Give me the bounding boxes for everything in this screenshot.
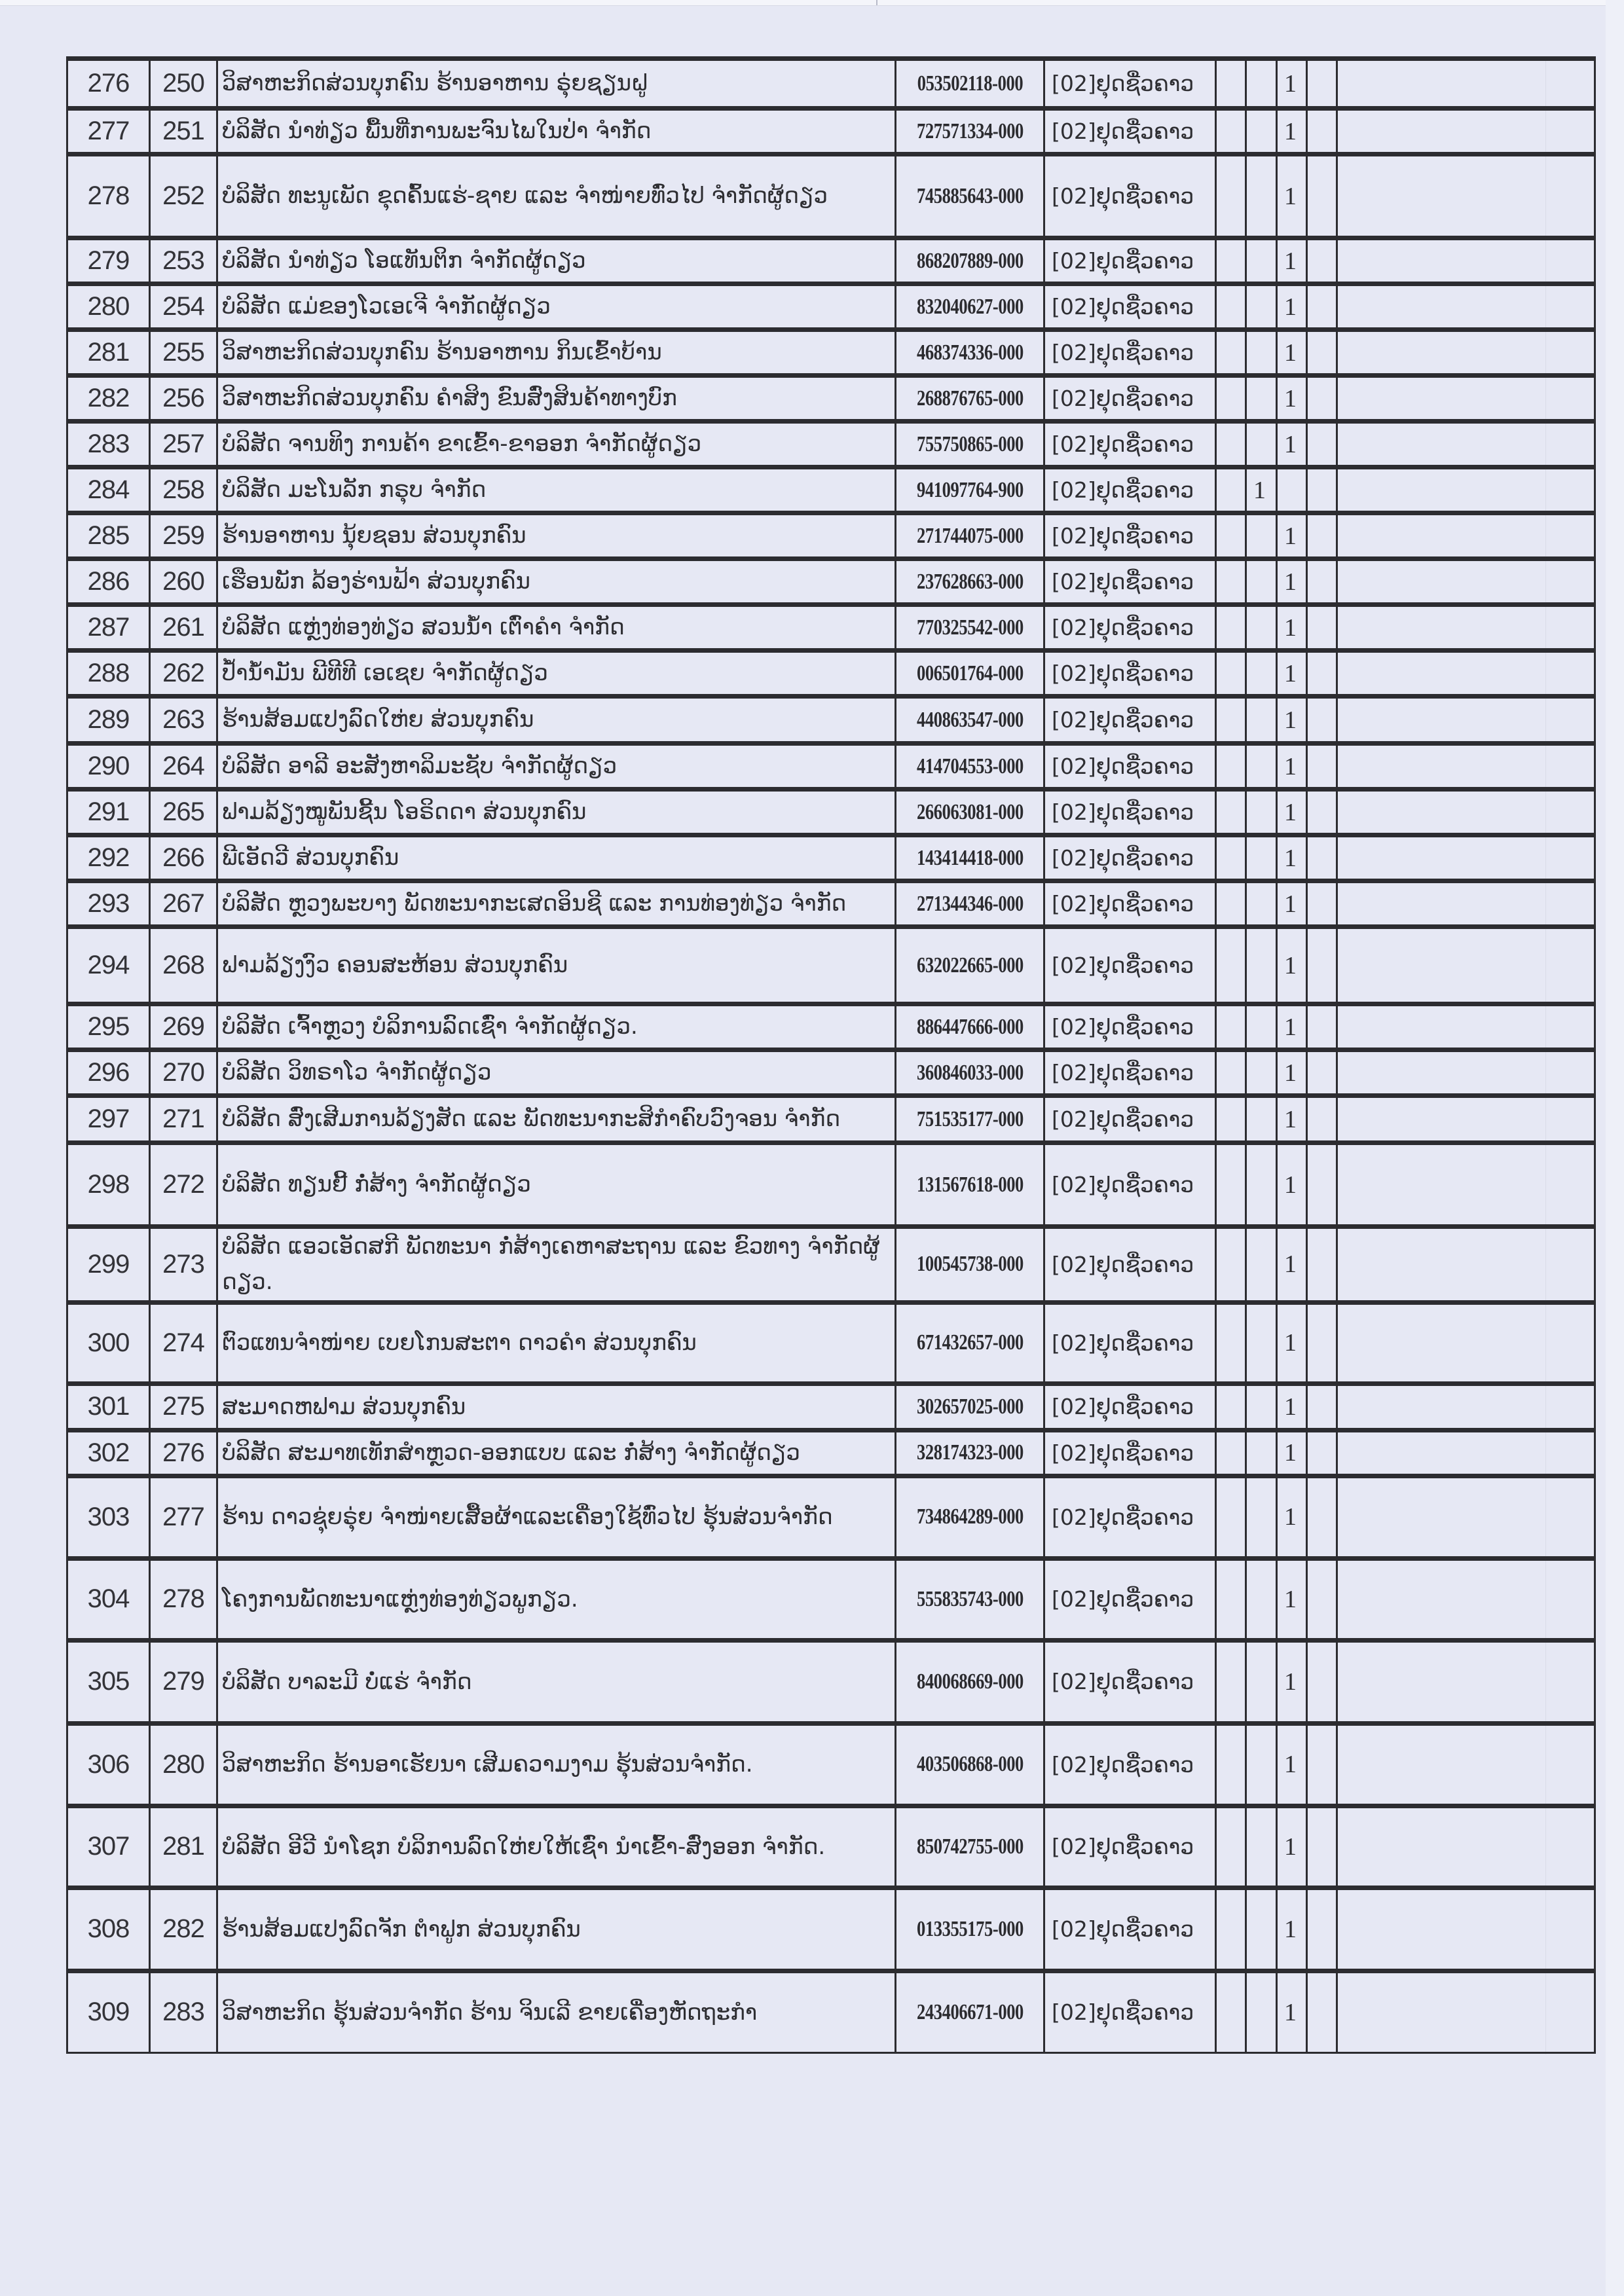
tax-id-text: 243406671-000 <box>917 2000 1024 2025</box>
tax-id-text: 727571334-000 <box>917 119 1024 144</box>
flag-column-1 <box>1216 284 1246 330</box>
tax-id: 751535177-000 <box>912 1096 1027 1143</box>
flag-column-3: 1 <box>1277 605 1307 651</box>
flag-column-1 <box>1216 109 1246 155</box>
remark-cell <box>1337 697 1595 744</box>
status-type: [02]ຢຸດຊື່ວຄາວ <box>1044 1806 1216 1887</box>
flag-column-4 <box>1307 1723 1337 1806</box>
tax-id: 632022665-000 <box>912 927 1027 1004</box>
tax-id: 271344346-000 <box>912 881 1027 927</box>
flag-column-2: 1 <box>1246 467 1277 513</box>
flag-column-3: 1 <box>1277 1143 1307 1227</box>
flag-column-4 <box>1307 790 1337 835</box>
flag-column-2 <box>1246 422 1277 467</box>
tax-id: 941097764-900 <box>912 467 1027 513</box>
business-name: ບໍລິສັດ ນຳທ່ຽວ ໂອແທັນຕິກ ຈຳກັດຜູ້ດຽວ <box>217 238 896 284</box>
status-type: [02]ຢຸດຊື່ວຄາວ <box>1044 59 1216 109</box>
flag-column-3: 1 <box>1277 1430 1307 1476</box>
remark-cell <box>1337 1096 1595 1143</box>
flag-column-4 <box>1307 1096 1337 1143</box>
row-number: 291 <box>67 790 150 835</box>
flag-column-4 <box>1307 59 1337 109</box>
remark-cell <box>1337 238 1595 284</box>
flag-column-2 <box>1246 59 1277 109</box>
flag-column-2 <box>1246 1723 1277 1806</box>
table-row: 289263ຮ້ານສ້ອມແປງລົດໃຫ່ຍ ສ່ວນບຸກຄົນ44086… <box>67 697 1595 744</box>
tax-id: 832040627-000 <box>912 284 1027 330</box>
status-type: [02]ຢຸດຊື່ວຄາວ <box>1044 1476 1216 1558</box>
flag-column-4 <box>1307 1806 1337 1887</box>
sequence-number: 262 <box>150 651 217 697</box>
remark-cell <box>1337 559 1595 605</box>
flag-column-2 <box>1246 927 1277 1004</box>
status-type: [02]ຢຸດຊື່ວຄາວ <box>1044 1143 1216 1227</box>
status-type: [02]ຢຸດຊື່ວຄາວ <box>1044 330 1216 376</box>
sequence-number: 263 <box>150 697 217 744</box>
status-type: [02]ຢຸດຊື່ວຄາວ <box>1044 835 1216 881</box>
flag-column-4 <box>1307 1476 1337 1558</box>
remark-cell <box>1337 1227 1595 1303</box>
tax-id-text: 751535177-000 <box>917 1107 1024 1132</box>
tax-id-text: 414704553-000 <box>917 754 1024 779</box>
business-name: ບໍລິສັດ ແມ່ຂອງໂວເອເຈີ ຈຳກັດຜູ້ດຽວ <box>217 284 896 330</box>
table-row: 302276ບໍລິສັດ ສະມາທເທັກສຳຫຼວດ-ອອກແບບ ແລະ… <box>67 1430 1595 1476</box>
table-row: 296270ບໍລິສັດ ວິທຣາໂວ ຈຳກັດຜູ້ດຽວ3608460… <box>67 1050 1595 1096</box>
flag-column-3: 1 <box>1277 422 1307 467</box>
tax-id-text: 268876765-000 <box>917 386 1024 411</box>
status-type: [02]ຢຸດຊື່ວຄາວ <box>1044 467 1216 513</box>
table-row: 276250ວິສາຫະກິດສ່ວນບຸກຄົນ ຮ້ານອາຫານ ຣຸ່ຍ… <box>67 59 1595 109</box>
table-row: 295269ບໍລິສັດ ເຈົ້າຫຼວງ ບໍລິການລົດເຊົ່າ … <box>67 1004 1595 1050</box>
flag-column-3: 1 <box>1277 559 1307 605</box>
flag-column-1 <box>1216 1383 1246 1430</box>
flag-column-4 <box>1307 651 1337 697</box>
flag-column-2 <box>1246 238 1277 284</box>
status-type: [02]ຢຸດຊື່ວຄາວ <box>1044 1383 1216 1430</box>
table-row: 305279ບໍລິສັດ ບາລະມີ ບໍ່ແຮ່ ຈຳກັດ8400686… <box>67 1640 1595 1723</box>
flag-column-4 <box>1307 467 1337 513</box>
row-number: 289 <box>67 697 150 744</box>
tax-id-text: 143414418-000 <box>917 846 1024 871</box>
sequence-number: 283 <box>150 1971 217 2052</box>
sequence-number: 252 <box>150 155 217 238</box>
flag-column-2 <box>1246 1227 1277 1303</box>
tax-id-text: 468374336-000 <box>917 340 1024 365</box>
flag-column-3: 1 <box>1277 59 1307 109</box>
tax-id: 100545738-000 <box>912 1227 1027 1303</box>
table-row: 284258ບໍລິສັດ ມະໂນລັກ ກຣຸບ ຈຳກັດ94109776… <box>67 467 1595 513</box>
flag-column-1 <box>1216 1227 1246 1303</box>
scan-edge-top <box>0 0 1624 6</box>
tax-id: 868207889-000 <box>912 238 1027 284</box>
business-name: ພີເອັດວີ ສ່ວນບຸກຄົນ <box>217 835 896 881</box>
table-row: 279253ບໍລິສັດ ນຳທ່ຽວ ໂອແທັນຕິກ ຈຳກັດຜູ້ດ… <box>67 238 1595 284</box>
business-name: ຟາມລ້ຽງງົວ ຄອນສະຫ້ອນ ສ່ວນບຸກຄົນ <box>217 927 896 1004</box>
sequence-number: 280 <box>150 1723 217 1806</box>
remark-cell <box>1337 1558 1595 1640</box>
status-type: [02]ຢຸດຊື່ວຄາວ <box>1044 927 1216 1004</box>
tax-id-text: 555835743-000 <box>917 1587 1024 1612</box>
business-name: ຮ້ານ ດາວຊຸ່ຍຣຸ່ຍ ຈຳໜ່າຍເສື້ອຜ້າແລະເຄື່ອງ… <box>217 1476 896 1558</box>
flag-column-2 <box>1246 1383 1277 1430</box>
flag-column-4 <box>1307 1227 1337 1303</box>
business-name: ບໍລິສັດ ທະນູເພັດ ຂຸດຄົ້ນແຮ່-ຊາຍ ແລະ ຈຳໜ່… <box>217 155 896 238</box>
remark-cell <box>1337 1887 1595 1971</box>
flag-column-2 <box>1246 284 1277 330</box>
business-name: ບໍລິສັດ ອີວີ ນຳໂຊກ ບໍລິການລົດໃຫ່ຍໃຫ້ເຊົ່… <box>217 1806 896 1887</box>
row-number: 308 <box>67 1887 150 1971</box>
flag-column-1 <box>1216 605 1246 651</box>
tax-id-text: 755750865-000 <box>917 432 1024 457</box>
sequence-number: 274 <box>150 1302 217 1383</box>
sequence-number: 270 <box>150 1050 217 1096</box>
flag-column-1 <box>1216 1887 1246 1971</box>
flag-column-4 <box>1307 835 1337 881</box>
sequence-number: 281 <box>150 1806 217 1887</box>
row-number: 303 <box>67 1476 150 1558</box>
scan-mark <box>876 0 877 5</box>
flag-column-1 <box>1216 744 1246 790</box>
table-row: 278252ບໍລິສັດ ທະນູເພັດ ຂຸດຄົ້ນແຮ່-ຊາຍ ແລ… <box>67 155 1595 238</box>
remark-cell <box>1337 1723 1595 1806</box>
flag-column-3: 1 <box>1277 513 1307 559</box>
flag-column-1 <box>1216 330 1246 376</box>
flag-column-4 <box>1307 513 1337 559</box>
table-row: 299273ບໍລິສັດ ແອວເອັດສກີ ພັດທະນາ ກໍ່ສ້າງ… <box>67 1227 1595 1303</box>
row-number: 295 <box>67 1004 150 1050</box>
table-row: 283257ບໍລິສັດ ຈານທິງ ການຄ້າ ຂາເຂົ້າ-ຂາອອ… <box>67 422 1595 467</box>
row-number: 298 <box>67 1143 150 1227</box>
remark-cell <box>1337 744 1595 790</box>
sequence-number: 267 <box>150 881 217 927</box>
flag-column-1 <box>1216 927 1246 1004</box>
table-row: 287261ບໍລິສັດ ແຫຼ່ງທ່ອງທ່ຽວ ສວນນ້ຳ ເຕົ່າ… <box>67 605 1595 651</box>
business-name: ບໍລິສັດ ວິທຣາໂວ ຈຳກັດຜູ້ດຽວ <box>217 1050 896 1096</box>
flag-column-2 <box>1246 1050 1277 1096</box>
flag-column-4 <box>1307 284 1337 330</box>
table-row: 309283ວິສາຫະກິດ ຮຸ້ນສ່ວນຈຳກັດ ຮ້ານ ຈິນເລ… <box>67 1971 1595 2052</box>
flag-column-1 <box>1216 1971 1246 2052</box>
taxpayer-status-table: 276250ວິສາຫະກິດສ່ວນບຸກຄົນ ຮ້ານອາຫານ ຣຸ່ຍ… <box>66 56 1596 2054</box>
row-number: 299 <box>67 1227 150 1303</box>
flag-column-2 <box>1246 1887 1277 1971</box>
remark-cell <box>1337 376 1595 422</box>
business-name: ບໍລິສັດ ເຈົ້າຫຼວງ ບໍລິການລົດເຊົ່າ ຈຳກັດຜ… <box>217 1004 896 1050</box>
row-number: 281 <box>67 330 150 376</box>
tax-id-text: 941097764-900 <box>917 478 1024 503</box>
tax-id-text: 632022665-000 <box>917 953 1024 978</box>
tax-id: 727571334-000 <box>912 109 1027 155</box>
flag-column-3: 1 <box>1277 1096 1307 1143</box>
table-row: 297271ບໍລິສັດ ສົ່ງເສີມການລ້ຽງສັດ ແລະ ພັດ… <box>67 1096 1595 1143</box>
row-number: 296 <box>67 1050 150 1096</box>
flag-column-1 <box>1216 1050 1246 1096</box>
tax-id-text: 237628663-000 <box>917 570 1024 594</box>
flag-column-3: 1 <box>1277 1640 1307 1723</box>
flag-column-1 <box>1216 835 1246 881</box>
flag-column-3: 1 <box>1277 1050 1307 1096</box>
tax-id: 268876765-000 <box>912 376 1027 422</box>
sequence-number: 271 <box>150 1096 217 1143</box>
tax-id: 271744075-000 <box>912 513 1027 559</box>
status-type: [02]ຢຸດຊື່ວຄາວ <box>1044 744 1216 790</box>
sequence-number: 265 <box>150 790 217 835</box>
table-row: 293267ບໍລິສັດ ຫຼວງພະບາງ ພັດທະນາກະເສດອິນຊ… <box>67 881 1595 927</box>
sequence-number: 259 <box>150 513 217 559</box>
flag-column-1 <box>1216 559 1246 605</box>
tax-id-text: 100545738-000 <box>917 1252 1024 1277</box>
flag-column-4 <box>1307 1383 1337 1430</box>
remark-cell <box>1337 155 1595 238</box>
tax-id-text: 850742755-000 <box>917 1834 1024 1859</box>
flag-column-3: 1 <box>1277 155 1307 238</box>
table-row: 307281ບໍລິສັດ ອີວີ ນຳໂຊກ ບໍລິການລົດໃຫ່ຍໃ… <box>67 1806 1595 1887</box>
tax-id: 850742755-000 <box>912 1806 1027 1887</box>
tax-id-text: 053502118-000 <box>917 71 1022 96</box>
tax-id-text: 271744075-000 <box>917 524 1024 549</box>
remark-cell <box>1337 881 1595 927</box>
tax-id: 840068669-000 <box>912 1640 1027 1723</box>
flag-column-1 <box>1216 513 1246 559</box>
flag-column-1 <box>1216 1096 1246 1143</box>
remark-cell <box>1337 59 1595 109</box>
table-row: 292266ພີເອັດວີ ສ່ວນບຸກຄົນ143414418-000[0… <box>67 835 1595 881</box>
flag-column-4 <box>1307 697 1337 744</box>
remark-cell <box>1337 1383 1595 1430</box>
row-number: 278 <box>67 155 150 238</box>
sequence-number: 256 <box>150 376 217 422</box>
tax-id-text: 868207889-000 <box>917 249 1024 274</box>
flag-column-4 <box>1307 330 1337 376</box>
tax-id-text: 770325542-000 <box>917 615 1024 640</box>
tax-id-text: 360846033-000 <box>917 1061 1024 1085</box>
table-row: 286260ເຮືອນພັກ ລ້ອງຮ່ານຟ້າ ສ່ວນບຸກຄົນ237… <box>67 559 1595 605</box>
tax-id-text: 006501764-000 <box>917 661 1024 686</box>
flag-column-4 <box>1307 559 1337 605</box>
status-type: [02]ຢຸດຊື່ວຄາວ <box>1044 1004 1216 1050</box>
status-type: [02]ຢຸດຊື່ວຄາວ <box>1044 1640 1216 1723</box>
sequence-number: 273 <box>150 1227 217 1303</box>
business-name: ວິສາຫະກິດສ່ວນບຸກຄົນ ຄຳສິງ ຂົນສົ່ງສິນຄ້າທ… <box>217 376 896 422</box>
row-number: 293 <box>67 881 150 927</box>
status-type: [02]ຢຸດຊື່ວຄາວ <box>1044 155 1216 238</box>
sequence-number: 275 <box>150 1383 217 1430</box>
status-type: [02]ຢຸດຊື່ວຄາວ <box>1044 513 1216 559</box>
flag-column-3: 1 <box>1277 744 1307 790</box>
business-name: ບໍລິສັດ ແຫຼ່ງທ່ອງທ່ຽວ ສວນນ້ຳ ເຕົ່າຄຳ ຈຳກ… <box>217 605 896 651</box>
row-number: 279 <box>67 238 150 284</box>
tax-id-text: 840068669-000 <box>917 1669 1024 1694</box>
status-type: [02]ຢຸດຊື່ວຄາວ <box>1044 1558 1216 1640</box>
status-type: [02]ຢຸດຊື່ວຄາວ <box>1044 238 1216 284</box>
flag-column-1 <box>1216 1558 1246 1640</box>
remark-cell <box>1337 513 1595 559</box>
business-name: ບໍລິສັດ ແອວເອັດສກີ ພັດທະນາ ກໍ່ສ້າງເຄຫາສະ… <box>217 1227 896 1303</box>
table-row: 288262ປ້ຳນ້ຳມັນ ພີທີທີ ເອເຊຍ ຈຳກັດຜູ້ດຽວ… <box>67 651 1595 697</box>
sequence-number: 251 <box>150 109 217 155</box>
row-number: 287 <box>67 605 150 651</box>
tax-id-text: 302657025-000 <box>917 1394 1024 1419</box>
flag-column-1 <box>1216 790 1246 835</box>
table-row: 291265ຟາມລ້ຽງໝູພັນຊີ້ນ ໂອຣິດດາ ສ່ວນບຸກຄົ… <box>67 790 1595 835</box>
tax-id-text: 131567618-000 <box>917 1173 1024 1197</box>
flag-column-4 <box>1307 1640 1337 1723</box>
row-number: 277 <box>67 109 150 155</box>
business-name: ໂຄງການພັດທະນາແຫຼ່ງທ່ອງທ່ຽວພູກຽວ. <box>217 1558 896 1640</box>
flag-column-3: 1 <box>1277 835 1307 881</box>
business-name: ປ້ຳນ້ຳມັນ ພີທີທີ ເອເຊຍ ຈຳກັດຜູ້ດຽວ <box>217 651 896 697</box>
sequence-number: 257 <box>150 422 217 467</box>
flag-column-2 <box>1246 330 1277 376</box>
tax-id-text: 734864289-000 <box>917 1504 1024 1529</box>
tax-id-text: 328174323-000 <box>917 1440 1024 1465</box>
table-row: 294268ຟາມລ້ຽງງົວ ຄອນສະຫ້ອນ ສ່ວນບຸກຄົນ632… <box>67 927 1595 1004</box>
tax-id: 403506868-000 <box>912 1723 1027 1806</box>
flag-column-4 <box>1307 422 1337 467</box>
business-name: ບໍລິສັດ ອາລີ ອະສັງຫາລິມະຊັບ ຈຳກັດຜູ້ດຽວ <box>217 744 896 790</box>
tax-id-text: 403506868-000 <box>917 1752 1024 1777</box>
row-number: 305 <box>67 1640 150 1723</box>
flag-column-1 <box>1216 881 1246 927</box>
flag-column-2 <box>1246 109 1277 155</box>
tax-id-text: 745885643-000 <box>917 184 1024 209</box>
flag-column-3: 1 <box>1277 1227 1307 1303</box>
row-number: 280 <box>67 284 150 330</box>
flag-column-3: 1 <box>1277 1887 1307 1971</box>
flag-column-4 <box>1307 109 1337 155</box>
tax-id: 013355175-000 <box>912 1887 1027 1971</box>
sequence-number: 282 <box>150 1887 217 1971</box>
business-name: ບໍລິສັດ ບາລະມີ ບໍ່ແຮ່ ຈຳກັດ <box>217 1640 896 1723</box>
flag-column-1 <box>1216 59 1246 109</box>
status-type: [02]ຢຸດຊື່ວຄາວ <box>1044 1887 1216 1971</box>
business-name: ວິສາຫະກິດສ່ວນບຸກຄົນ ຮ້ານອາຫານ ຣຸ່ຍຊຽນຝູ <box>217 59 896 109</box>
tax-id: 237628663-000 <box>912 559 1027 605</box>
sequence-number: 260 <box>150 559 217 605</box>
table-row: 285259ຮ້ານອາຫານ ນຸ້ຍຊອນ ສ່ວນບຸກຄົນ271744… <box>67 513 1595 559</box>
flag-column-4 <box>1307 1971 1337 2052</box>
status-type: [02]ຢຸດຊື່ວຄາວ <box>1044 422 1216 467</box>
row-number: 290 <box>67 744 150 790</box>
tax-id: 770325542-000 <box>912 605 1027 651</box>
table-body: 276250ວິສາຫະກິດສ່ວນບຸກຄົນ ຮ້ານອາຫານ ຣຸ່ຍ… <box>67 59 1595 2053</box>
sequence-number: 254 <box>150 284 217 330</box>
flag-column-2 <box>1246 513 1277 559</box>
business-name: ຕົວແທນຈຳໜ່າຍ ເບຍໂກນສະຕາ ດາວຄຳ ສ່ວນບຸກຄົນ <box>217 1302 896 1383</box>
flag-column-1 <box>1216 1723 1246 1806</box>
business-name: ບໍລິສັດ ນຳທ່ຽວ ພື້ນທີ່ການພະຈົນໄພໃນປ່າ ຈຳ… <box>217 109 896 155</box>
row-number: 294 <box>67 927 150 1004</box>
business-name: ຮ້ານສ້ອມແປງລົດຈັກ ຕຳຟູກ ສ່ວນບຸກຄົນ <box>217 1887 896 1971</box>
tax-id: 243406671-000 <box>912 1971 1027 2052</box>
flag-column-4 <box>1307 238 1337 284</box>
sequence-number: 253 <box>150 238 217 284</box>
table-row: 277251ບໍລິສັດ ນຳທ່ຽວ ພື້ນທີ່ການພະຈົນໄພໃນ… <box>67 109 1595 155</box>
remark-cell <box>1337 330 1595 376</box>
table-row: 281255ວິສາຫະກິດສ່ວນບຸກຄົນ ຮ້ານອາຫານ ກິນເ… <box>67 330 1595 376</box>
status-type: [02]ຢຸດຊື່ວຄາວ <box>1044 1096 1216 1143</box>
flag-column-1 <box>1216 238 1246 284</box>
flag-column-3 <box>1277 467 1307 513</box>
row-number: 302 <box>67 1430 150 1476</box>
row-number: 283 <box>67 422 150 467</box>
flag-column-1 <box>1216 376 1246 422</box>
sequence-number: 258 <box>150 467 217 513</box>
tax-id: 440863547-000 <box>912 697 1027 744</box>
remark-cell <box>1337 1050 1595 1096</box>
row-number: 304 <box>67 1558 150 1640</box>
status-type: [02]ຢຸດຊື່ວຄາວ <box>1044 651 1216 697</box>
row-number: 301 <box>67 1383 150 1430</box>
row-number: 297 <box>67 1096 150 1143</box>
sequence-number: 276 <box>150 1430 217 1476</box>
remark-cell <box>1337 927 1595 1004</box>
flag-column-2 <box>1246 605 1277 651</box>
tax-id: 131567618-000 <box>912 1143 1027 1227</box>
remark-cell <box>1337 1971 1595 2052</box>
flag-column-3: 1 <box>1277 881 1307 927</box>
status-type: [02]ຢຸດຊື່ວຄາວ <box>1044 376 1216 422</box>
flag-column-3: 1 <box>1277 330 1307 376</box>
tax-id-text: 440863547-000 <box>917 708 1024 733</box>
flag-column-2 <box>1246 376 1277 422</box>
flag-column-4 <box>1307 744 1337 790</box>
business-name: ສະມາດຫຟາມ ສ່ວນບຸກຄົນ <box>217 1383 896 1430</box>
remark-cell <box>1337 284 1595 330</box>
flag-column-1 <box>1216 1302 1246 1383</box>
flag-column-3: 1 <box>1277 651 1307 697</box>
status-type: [02]ຢຸດຊື່ວຄາວ <box>1044 109 1216 155</box>
remark-cell <box>1337 1302 1595 1383</box>
flag-column-4 <box>1307 1302 1337 1383</box>
tax-id: 886447666-000 <box>912 1004 1027 1050</box>
flag-column-2 <box>1246 1430 1277 1476</box>
flag-column-3: 1 <box>1277 790 1307 835</box>
flag-column-3: 1 <box>1277 376 1307 422</box>
status-type: [02]ຢຸດຊື່ວຄາວ <box>1044 881 1216 927</box>
status-type: [02]ຢຸດຊື່ວຄາວ <box>1044 559 1216 605</box>
row-number: 292 <box>67 835 150 881</box>
tax-id: 734864289-000 <box>912 1476 1027 1558</box>
table-row: 303277ຮ້ານ ດາວຊຸ່ຍຣຸ່ຍ ຈຳໜ່າຍເສື້ອຜ້າແລະ… <box>67 1476 1595 1558</box>
flag-column-1 <box>1216 1143 1246 1227</box>
flag-column-4 <box>1307 1430 1337 1476</box>
flag-column-4 <box>1307 376 1337 422</box>
tax-id: 414704553-000 <box>912 744 1027 790</box>
business-name: ບໍລິສັດ ທຽນຢີ້ ກໍ່ສ້າງ ຈຳກັດຜູ້ດຽວ <box>217 1143 896 1227</box>
tax-id: 302657025-000 <box>912 1383 1027 1430</box>
flag-column-4 <box>1307 1050 1337 1096</box>
tax-id: 328174323-000 <box>912 1430 1027 1476</box>
flag-column-4 <box>1307 1558 1337 1640</box>
status-type: [02]ຢຸດຊື່ວຄາວ <box>1044 284 1216 330</box>
status-type: [02]ຢຸດຊື່ວຄາວ <box>1044 1971 1216 2052</box>
flag-column-2 <box>1246 1302 1277 1383</box>
flag-column-2 <box>1246 155 1277 238</box>
flag-column-1 <box>1216 1476 1246 1558</box>
remark-cell <box>1337 1004 1595 1050</box>
remark-cell <box>1337 1640 1595 1723</box>
flag-column-4 <box>1307 1004 1337 1050</box>
row-number: 306 <box>67 1723 150 1806</box>
tax-id: 468374336-000 <box>912 330 1027 376</box>
tax-id: 755750865-000 <box>912 422 1027 467</box>
tax-id: 745885643-000 <box>912 155 1027 238</box>
flag-column-2 <box>1246 744 1277 790</box>
flag-column-2 <box>1246 1476 1277 1558</box>
tax-id: 671432657-000 <box>912 1302 1027 1383</box>
flag-column-4 <box>1307 881 1337 927</box>
